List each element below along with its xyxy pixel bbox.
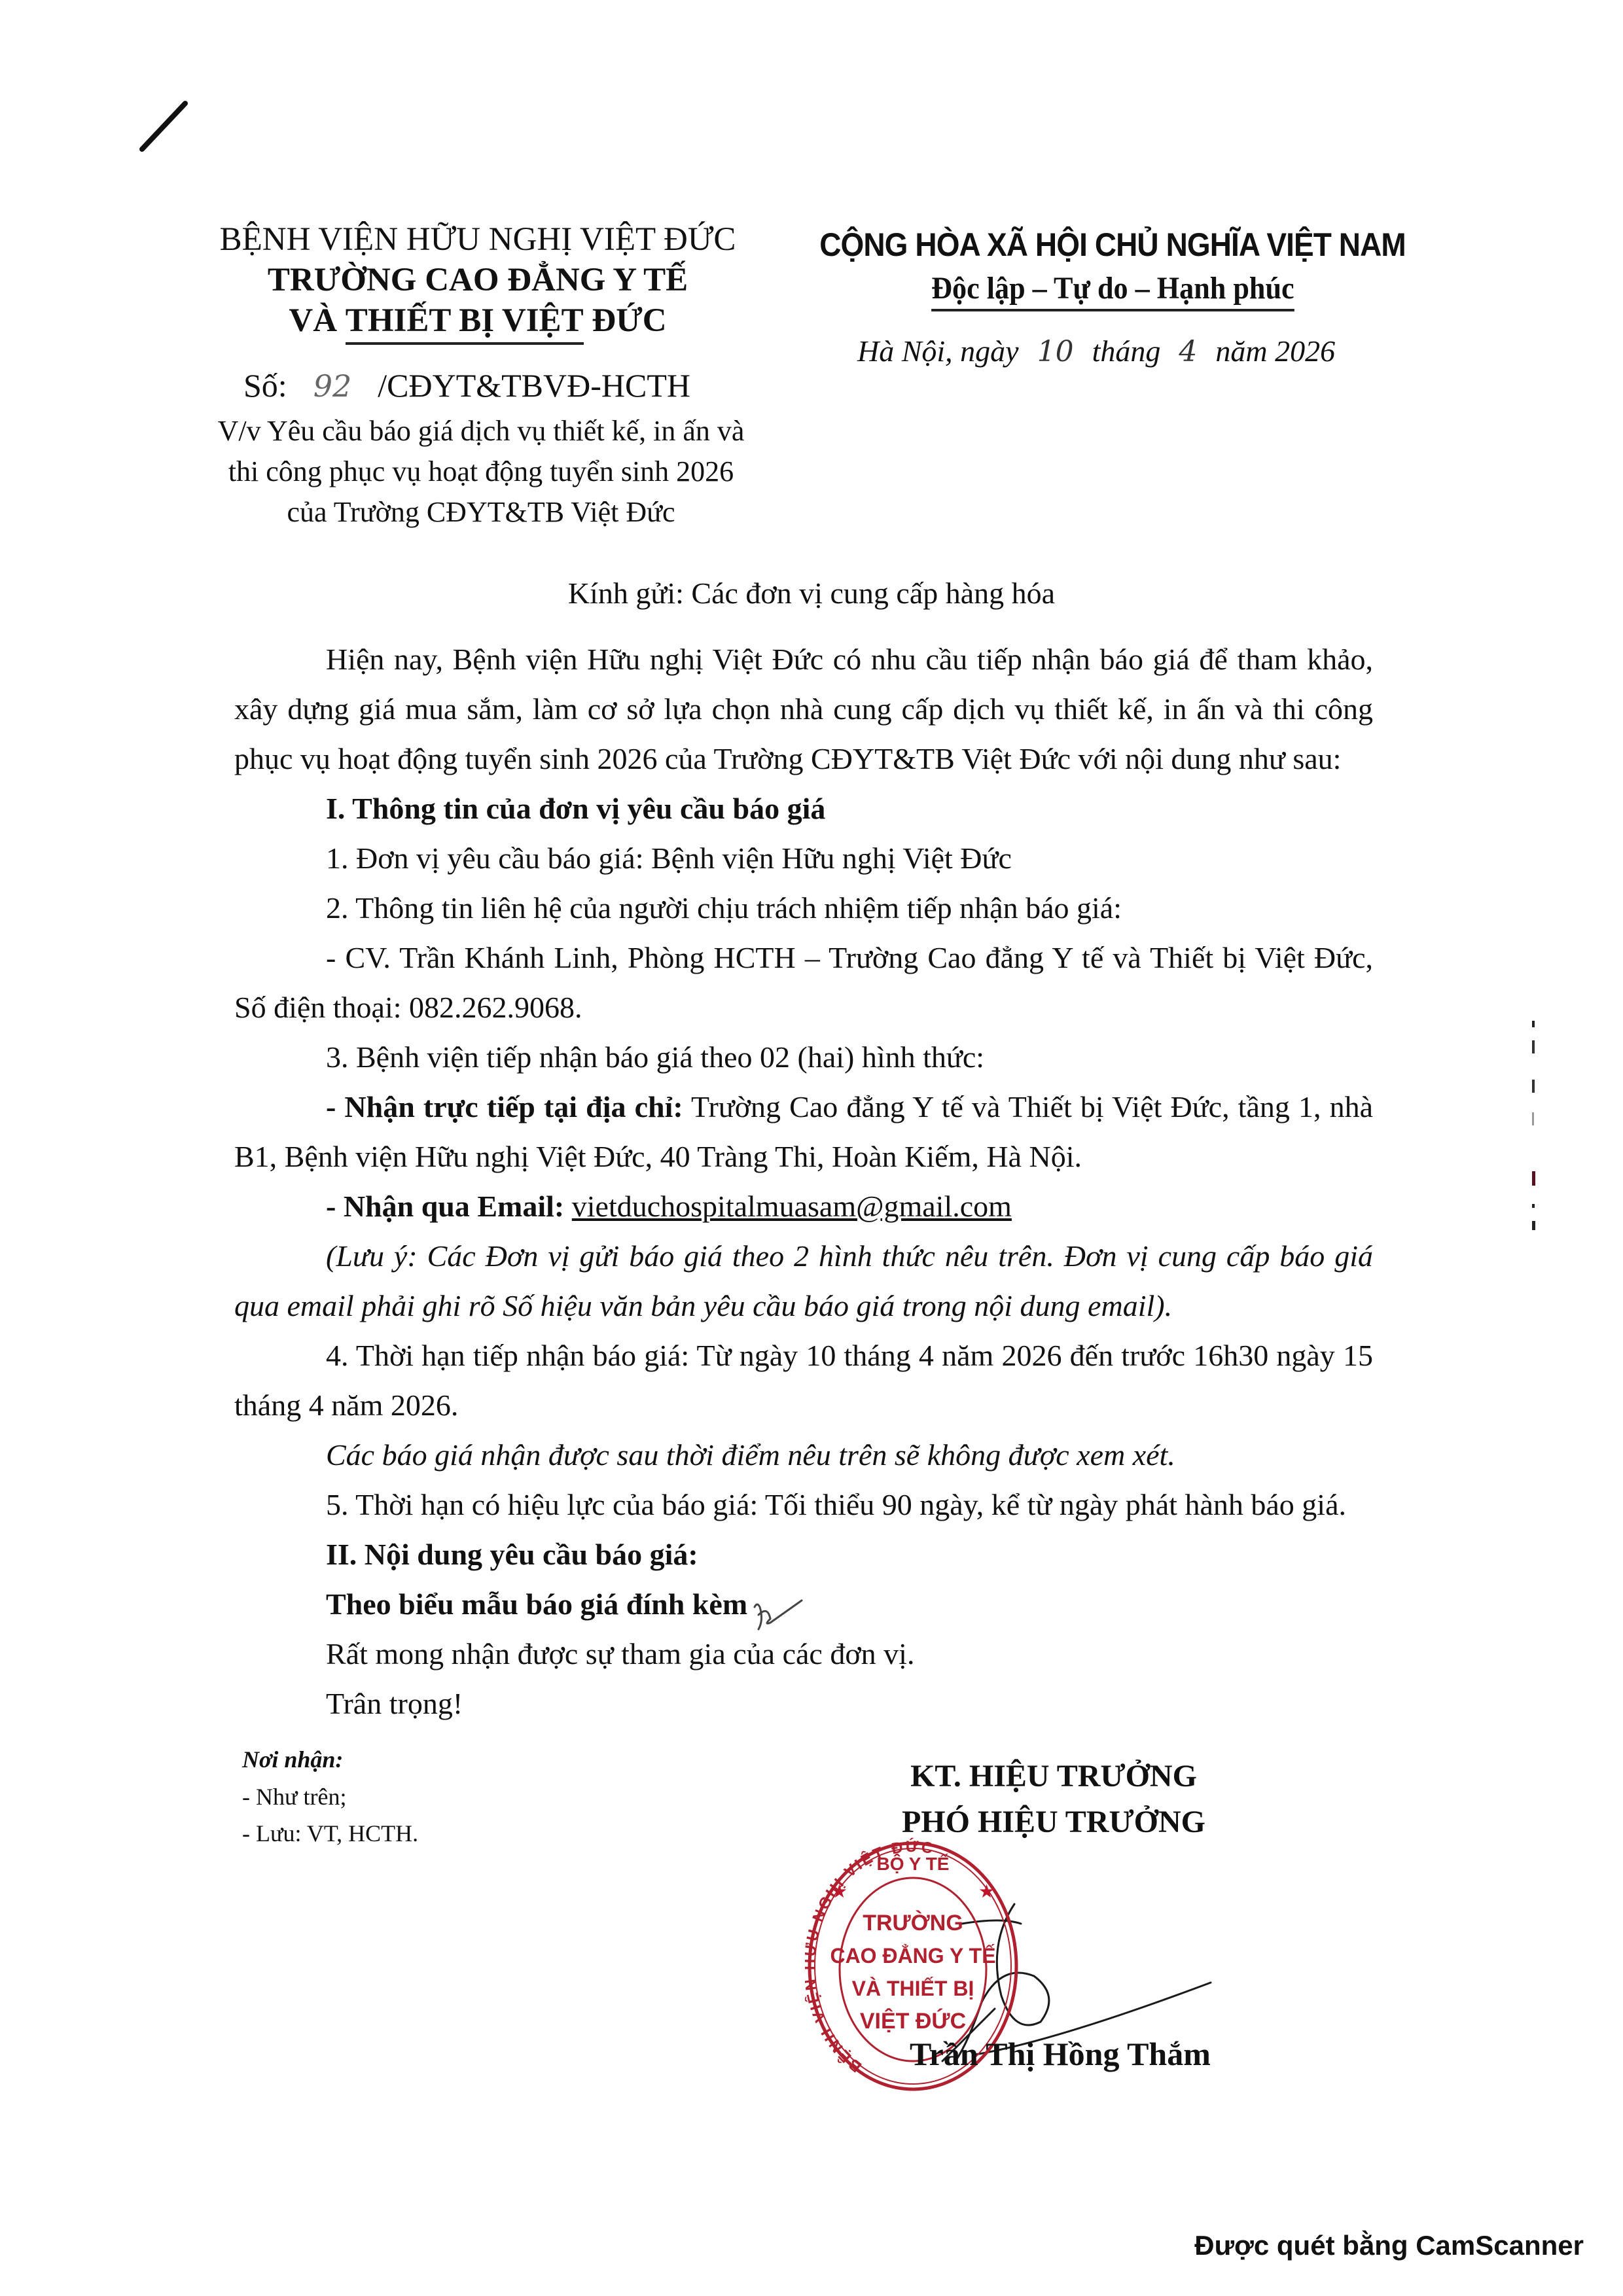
number-code: /CĐYT&TBVĐ-HCTH (378, 367, 690, 404)
document-body: Hiện nay, Bệnh viện Hữu nghị Việt Đức có… (234, 635, 1373, 1729)
regards-line: Trân trọng! (234, 1679, 1373, 1729)
number-label: Số: (243, 367, 287, 404)
nation-title: CỘNG HÒA XÃ HỘI CHỦ NGHĨA VIỆT NAM (811, 226, 1414, 264)
contact-person: - CV. Trần Khánh Linh, Phòng HCTH – Trườ… (234, 933, 1373, 1033)
pen-slash-mark (134, 98, 193, 157)
intro-paragraph: Hiện nay, Bệnh viện Hữu nghị Việt Đức có… (234, 635, 1373, 784)
submission-note: (Lưu ý: Các Đơn vị gửi báo giá theo 2 hì… (234, 1231, 1373, 1331)
signature-block: KT. HIỆU TRƯỞNG PHÓ HIỆU TRƯỞNG (870, 1754, 1237, 1845)
handwritten-day: 10 (1037, 335, 1074, 368)
agency-name-line1: TRƯỜNG CAO ĐẲNG Y TẾ (190, 260, 766, 300)
email-link[interactable]: vietduchospitalmuasam@gmail.com (572, 1190, 1012, 1223)
section1-item2: 2. Thông tin liên hệ của người chịu trác… (234, 883, 1373, 933)
section2-title: II. Nội dung yêu cầu báo giá: (234, 1530, 1373, 1580)
svg-text:TRƯỜNG: TRƯỜNG (863, 1911, 963, 1935)
svg-text:VIỆT ĐỨC: VIỆT ĐỨC (860, 2009, 966, 2034)
recipients-title: Nơi nhận: (242, 1746, 343, 1773)
closing-line: Rất mong nhận được sự tham gia của các đ… (234, 1629, 1373, 1679)
issuing-agency-header: BỆNH VIỆN HỮU NGHỊ VIỆT ĐỨC TRƯỜNG CAO Đ… (190, 219, 766, 345)
document-subject: V/v Yêu cầu báo giá dịch vụ thiết kế, in… (209, 411, 753, 533)
scan-artifact-marks (1528, 988, 1541, 1237)
section1-item4: 4. Thời hạn tiếp nhận báo giá: Từ ngày 1… (234, 1331, 1373, 1430)
email-submission: - Nhận qua Email: vietduchospitalmuasam@… (234, 1182, 1373, 1231)
recipient-item: - Như trên; (242, 1778, 418, 1815)
scanner-watermark: Được quét bằng CamScanner (1194, 2230, 1584, 2261)
section1-item1: 1. Đơn vị yêu cầu báo giá: Bệnh viện Hữu… (234, 834, 1373, 883)
section1-item5: 5. Thời hạn có hiệu lực của báo giá: Tối… (234, 1480, 1373, 1530)
sign-title-line1: KT. HIỆU TRƯỞNG (870, 1754, 1237, 1799)
recipients-list: - Như trên; - Lưu: VT, HCTH. (242, 1778, 418, 1852)
agency-parent: BỆNH VIỆN HỮU NGHỊ VIỆT ĐỨC (190, 219, 766, 260)
document-number: Số:92/CĐYT&TBVĐ-HCTH (243, 366, 690, 404)
signer-name: Trần Thị Hồng Thắm (910, 2035, 1211, 2073)
late-submission-note: Các báo giá nhận được sau thời điểm nêu … (234, 1430, 1373, 1480)
recipient-item: - Lưu: VT, HCTH. (242, 1815, 418, 1852)
place-date: Hà Nội, ngày10tháng4năm 2026 (857, 334, 1335, 368)
agency-underline: THIẾT BỊ VIỆT (346, 300, 584, 345)
star-icon: ★ (978, 1882, 995, 1902)
handwritten-number: 92 (313, 368, 352, 404)
national-header: CỘNG HÒA XÃ HỘI CHỦ NGHĨA VIỆT NAM Độc l… (785, 226, 1440, 311)
handwritten-initials (749, 1595, 808, 1634)
section1-title: I. Thông tin của đơn vị yêu cầu báo giá (234, 784, 1373, 834)
section1-item3: 3. Bệnh viện tiếp nhận báo giá theo 02 (… (234, 1033, 1373, 1082)
national-motto: Độc lập – Tự do – Hạnh phúc (931, 270, 1294, 311)
svg-text:CAO ĐẲNG Y TẾ: CAO ĐẲNG Y TẾ (830, 1944, 995, 1968)
agency-name-line2: VÀ THIẾT BỊ VIỆT ĐỨC (190, 300, 766, 345)
handwritten-month: 4 (1179, 335, 1197, 368)
salutation: Kính gửi: Các đơn vị cung cấp hàng hóa (0, 576, 1623, 610)
svg-text:VÀ THIẾT BỊ: VÀ THIẾT BỊ (852, 1977, 974, 2000)
direct-submission: - Nhận trực tiếp tại địa chỉ: Trường Cao… (234, 1082, 1373, 1182)
